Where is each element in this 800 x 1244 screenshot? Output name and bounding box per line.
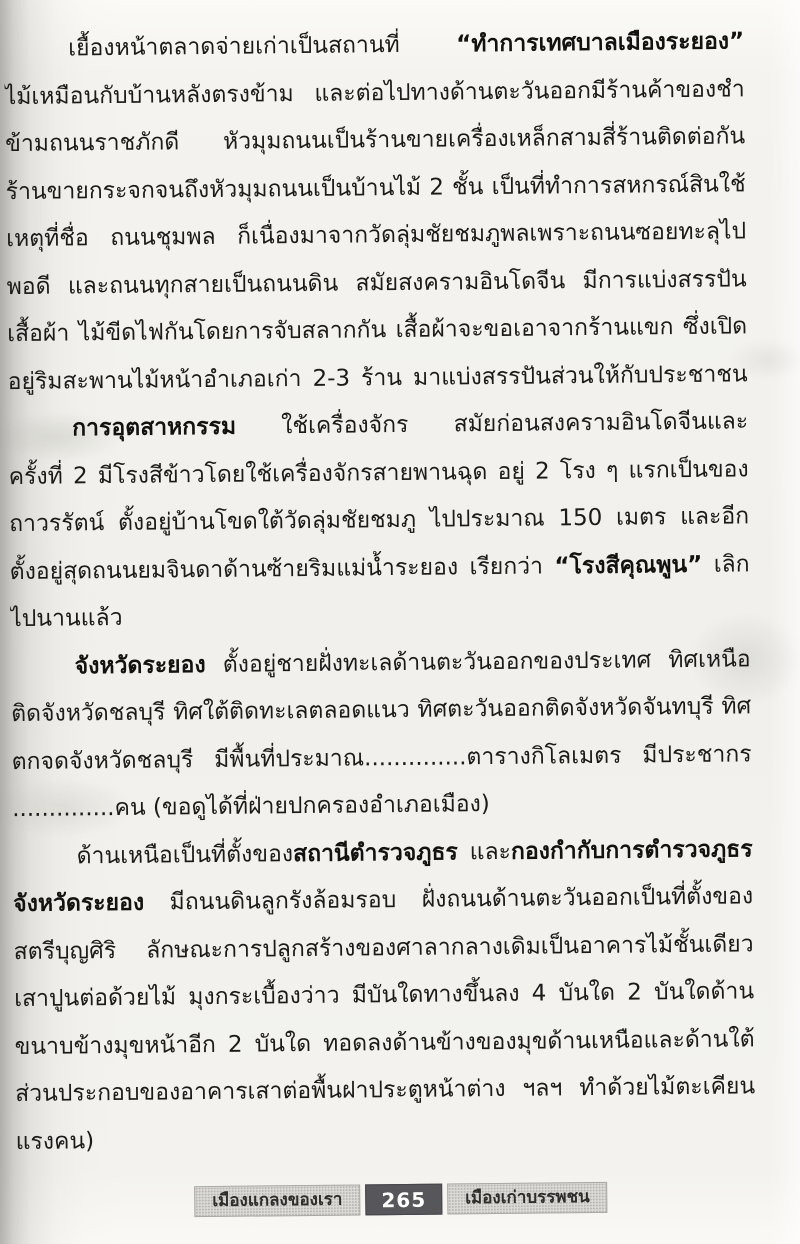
- text-line: ข้ามถนนราชภักดี หัวมุมถนนเป็นร้านขายเครื…: [5, 113, 745, 168]
- text-line: ตกจดจังหวัดชลบุรี มีพื้นที่ประมาณ.......…: [11, 731, 751, 786]
- bold-text-segment: “โรงสีคุณพูน”: [554, 551, 702, 579]
- text-segment: เยื้องหน้าตลาดจ่ายเก่าเป็นสถานที่: [68, 31, 456, 61]
- footer-left-label: เมืองแกลงของเรา: [194, 1184, 360, 1217]
- text-line: ครั้งที่ 2 มีโรงสีข้าวโดยใช้เครื่องจักรส…: [8, 446, 748, 501]
- bold-text-segment: จังหวัดระยอง: [75, 652, 206, 679]
- text-line: จังหวัดระยอง ตั้งอยู่ชายฝั่งทะเลด้านตะวั…: [10, 636, 750, 691]
- text-line: ส่วนประกอบของอาคารเสาต่อพื้นฝาประตูหน้าต…: [15, 1063, 755, 1118]
- text-segment: ร้านขายกระจกจนถึงหัวมุมถนนเป็นบ้านไม้ 2 …: [6, 171, 746, 205]
- text-line: ถาวรรัตน์ ตั้งอยู่บ้านโขดใต้วัดลุ่มชัยชม…: [9, 493, 749, 548]
- text-segment: ด้านเหนือเป็นที่ตั้งของ: [77, 841, 294, 869]
- text-line: แรงคน): [15, 1111, 755, 1166]
- bold-text-segment: การอุตสาหกรรม: [72, 414, 236, 442]
- scanned-book-page: เยื้องหน้าตลาดจ่ายเก่าเป็นสถานที่ “ทำการ…: [0, 0, 800, 1244]
- text-line: ติดจังหวัดชลบุรี ทิศใต้ติดทะเลตลอดแนว ทิ…: [11, 683, 751, 738]
- paragraph-2: การอุตสาหกรรม ใช้เครื่องจักร สมัยก่อนสงค…: [8, 398, 750, 643]
- bold-text-segment: จังหวัดระยอง: [13, 890, 144, 917]
- paragraph-3: จังหวัดระยอง ตั้งอยู่ชายฝั่งทะเลด้านตะวั…: [10, 636, 752, 834]
- text-line: ด้านเหนือเป็นที่ตั้งของสถานีตำรวจภูธร แล…: [12, 826, 752, 881]
- text-segment: และ: [458, 838, 511, 865]
- text-line: ขนาบข้างมุขหน้าอีก 2 บันใด ทอดลงด้านข้าง…: [14, 1016, 754, 1071]
- text-line: ไปนานแล้ว: [10, 588, 750, 643]
- footer-page-number: 265: [365, 1184, 442, 1216]
- text-line: อยู่ริมสะพานไม้หน้าอำเภอเก่า 2-3 ร้าน มา…: [7, 351, 747, 406]
- text-segment: ตั้งอยู่สุดถนนยมจินดาด้านซ้ายริมแม่น้ำระ…: [10, 553, 555, 585]
- text-segment: ตกจดจังหวัดชลบุรี มีพื้นที่ประมาณ.......…: [12, 741, 752, 786]
- footer-right-label: เมืองเก่าบรรพชน: [447, 1182, 608, 1215]
- text-line: ร้านขายกระจกจนถึงหัวมุมถนนเป็นบ้านไม้ 2 …: [5, 161, 745, 216]
- text-segment: ส่วนประกอบของอาคารเสาต่อพื้นฝาประตูหน้าต…: [15, 1073, 755, 1118]
- text-segment: ตั้งอยู่ชายฝั่งทะเลด้านตะวันออกของประเทศ…: [205, 646, 750, 678]
- text-line: เสาปูนต่อด้วยไม้ มุงกระเบื้องว่าว มีบันใ…: [14, 968, 754, 1023]
- bold-text-segment: กองกำกับการตำรวจภูธร: [511, 836, 753, 865]
- text-segment: แรงคน): [16, 1128, 95, 1155]
- text-line: การอุตสาหกรรม ใช้เครื่องจักร สมัยก่อนสงค…: [8, 398, 748, 453]
- text-line: เหตุที่ชื่อ ถนนชุมพล ก็เนื่องมาจากวัดลุ่…: [6, 208, 746, 263]
- bold-text-segment: “ทำการเทศบาลเมืองระยอง”: [456, 28, 744, 57]
- page-footer: เมืองแกลงของเรา 265 เมืองเก่าบรรพชน: [194, 1182, 608, 1217]
- text-line: สตรีบุญศิริ ลักษณะการปลูกสร้างของศาลากลา…: [13, 921, 753, 976]
- text-line: ..............คน (ขอดูได้ที่ฝ่ายปกครองอำ…: [12, 778, 752, 833]
- paragraph-4: ด้านเหนือเป็นที่ตั้งของสถานีตำรวจภูธร แล…: [12, 826, 755, 1166]
- text-segment: ขนาบข้างมุขหน้าอีก 2 บันใด ทอดลงด้านข้าง…: [15, 1026, 755, 1060]
- text-segment: ไปนานแล้ว: [10, 605, 123, 632]
- text-line: เสื้อผ้า ไม้ขีดไฟกันโดยการจับสลากกัน เสื…: [7, 303, 747, 358]
- text-line: ตั้งอยู่สุดถนนยมจินดาด้านซ้ายริมแม่น้ำระ…: [9, 541, 749, 596]
- page-content: เยื้องหน้าตลาดจ่ายเก่าเป็นสถานที่ “ทำการ…: [0, 0, 800, 1244]
- text-segment: ..............คน (ขอดูได้ที่ฝ่ายปกครองอำ…: [12, 791, 490, 822]
- paragraph-1: เยื้องหน้าตลาดจ่ายเก่าเป็นสถานที่ “ทำการ…: [4, 18, 748, 406]
- text-line: เยื้องหน้าตลาดจ่ายเก่าเป็นสถานที่ “ทำการ…: [4, 18, 744, 73]
- text-line: พอดี และถนนทุกสายเป็นถนนดิน สมัยสงครามอิ…: [6, 256, 746, 311]
- bold-text-segment: สถานีตำรวจภูธร: [293, 839, 458, 867]
- page-text-body: เยื้องหน้าตลาดจ่ายเก่าเป็นสถานที่ “ทำการ…: [4, 18, 756, 1166]
- text-line: จังหวัดระยอง มีถนนดินลูกรังล้อมรอบ ฝั่งถ…: [13, 873, 753, 928]
- text-line: ไม้เหมือนกับบ้านหลังตรงข้าม และต่อไปทางด…: [4, 66, 744, 121]
